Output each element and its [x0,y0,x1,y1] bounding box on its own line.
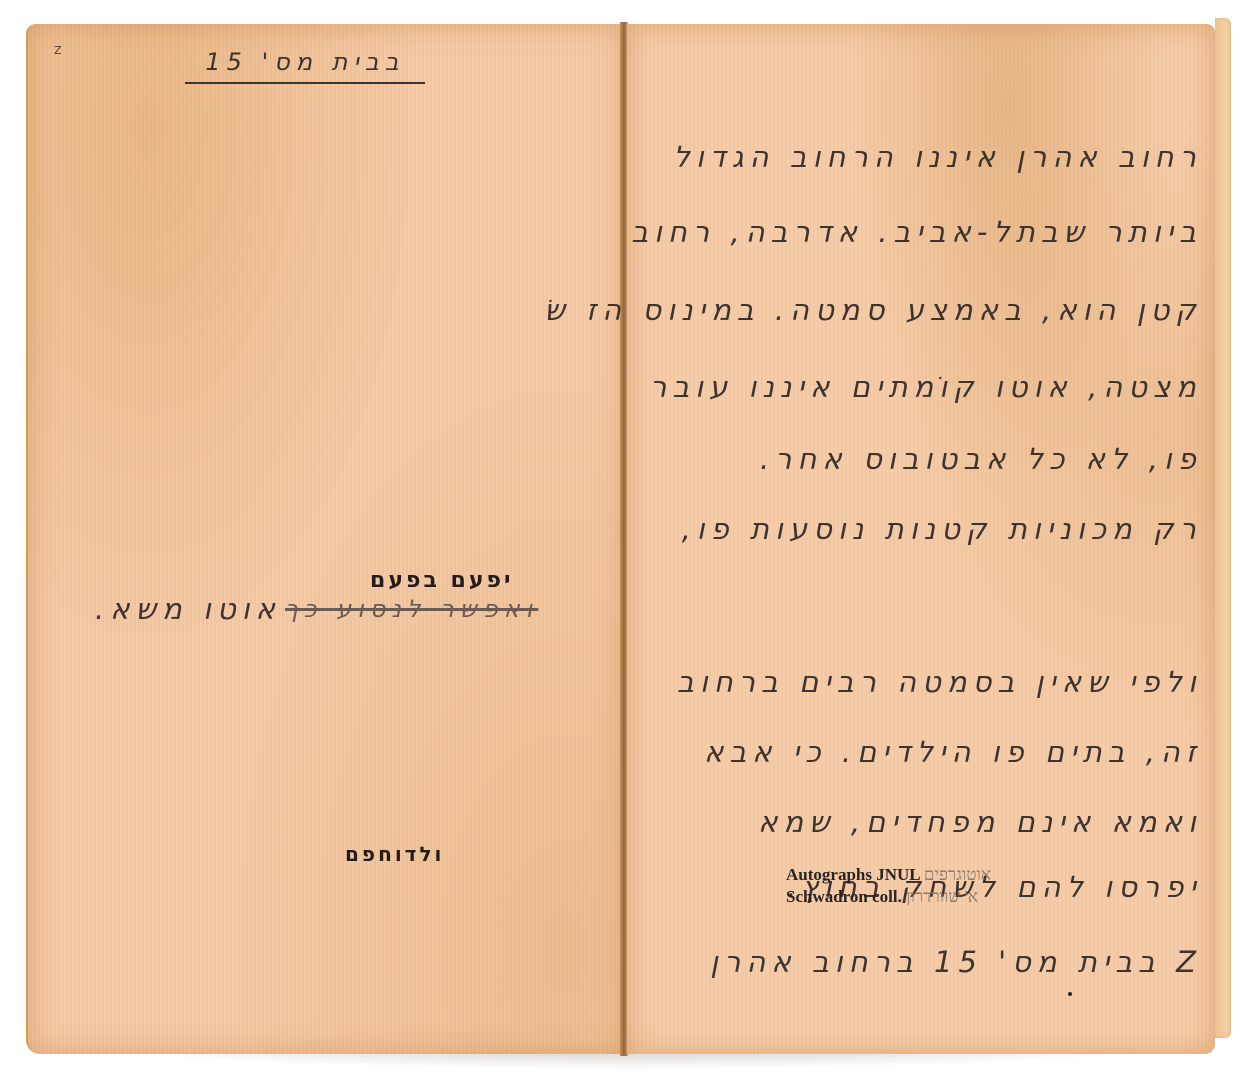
stamp-line-1-hebrew: אוטוגרפים [924,865,991,884]
stamp-line-2-hebrew: א' שוורדרון [906,887,978,906]
left-page [26,24,625,1054]
page-edges [1215,18,1231,1038]
stamp-line-1: Autographs JNUL אוטוגרפים [786,864,991,886]
handwritten-line-2: ביותר שבתל-אביב. אדרבה, רחוב [631,215,1202,249]
inserted-correction-line-11: ולדוחפם [345,842,444,866]
handwritten-line-10: ואמא אינם מפחדים, שמא [758,805,1202,839]
stamp-line-1-latin: Autographs JNUL [786,865,920,884]
corner-mark: Z [54,44,62,57]
handwritten-line-7: אוטו משא. [95,592,281,626]
handwritten-line-4: מצטה, אוטו קוֹמתים איננו עובר [650,370,1202,404]
handwritten-line-5: פו, לא כל אבטובוס אחר. [760,442,1202,476]
ink-speck [1068,992,1072,996]
struck-text-line-7: ואפשר לנסוע כך [285,595,538,623]
page-heading: בבית מס' 15 [185,48,425,84]
handwritten-line-3: קטן הוא, באמצע סמטה. במינוס הז שׂ [544,293,1202,327]
open-notebook: Z בבית מס' 15 רחוב אהרן איננו הרחוב הגדו… [0,0,1242,1080]
handwritten-line-8: ולפי שאין בסמטה רבים ברחוב [677,665,1202,699]
handwritten-line-12: Z בבית מס' 15 ברחוב אהרן [710,945,1202,979]
handwritten-line-9: זה, בתים פו הילדים. כי אבא [704,735,1202,769]
inserted-correction-line-7: יפעם בפעם [370,568,513,593]
handwritten-line-6: רק מכוניות קטנות נוסעות פו, [682,512,1202,546]
stamp-line-2: Schwadron coll. א' שוורדרון [786,886,991,908]
library-stamp: Autographs JNUL אוטוגרפים Schwadron coll… [786,864,991,908]
handwritten-line-1: רחוב אהרן איננו הרחוב הגדול [674,140,1203,174]
stamp-line-2-latin: Schwadron coll. [786,887,902,906]
